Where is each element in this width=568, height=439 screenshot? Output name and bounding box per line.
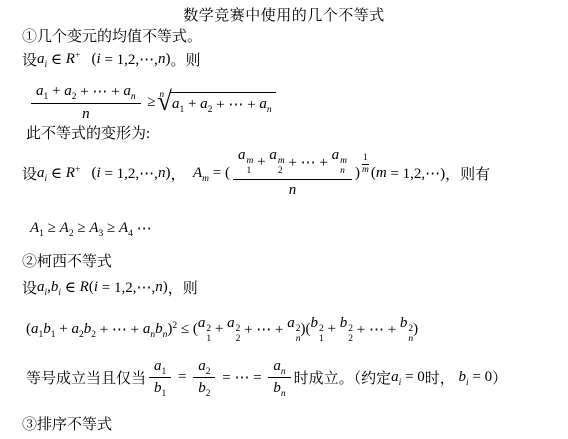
equality-condition-line: 等号成立当且仅当a1b1 = a2b2 = ⋯ = anbn时成立。（约定ai … — [26, 354, 507, 400]
power-mean-chain-formula: A1 ≥ A2 ≥ A3 ≥ A4 ⋯ — [30, 219, 152, 238]
power-mean-definition-formula: 设ai ∈ R+ (i = 1,2,⋯,n)， Am = (am1 + am2 … — [22, 149, 490, 197]
section-2-given-line: 设ai,bi ∈ R(i = 1,2,⋯,n)，则 — [22, 277, 198, 298]
document-page: 数学竞赛中使用的几个不等式 ①几个变元的均值不等式。 设ai ∈ R+ (i =… — [0, 0, 568, 439]
section-1-given-line: 设ai ∈ R+ (i = 1,2,⋯,n)。则 — [22, 49, 200, 70]
doc-title: 数学竞赛中使用的几个不等式 — [0, 4, 568, 25]
section-1-heading: ①几个变元的均值不等式。 — [22, 25, 202, 46]
section-3-heading: ③排序不等式 — [22, 413, 112, 434]
am-gm-inequality-formula: a1 + a2 + ⋯ + ann ≥ n√a1 + a2 + ⋯ + an — [28, 82, 276, 123]
cauchy-inequality-formula: (a1b1 + a2b2 + ⋯ + anbn)2 ≤ (a21 + a22 +… — [26, 315, 418, 345]
section-2-heading: ②柯西不等式 — [22, 250, 112, 271]
variant-intro-line: 此不等式的变形为: — [26, 122, 150, 143]
